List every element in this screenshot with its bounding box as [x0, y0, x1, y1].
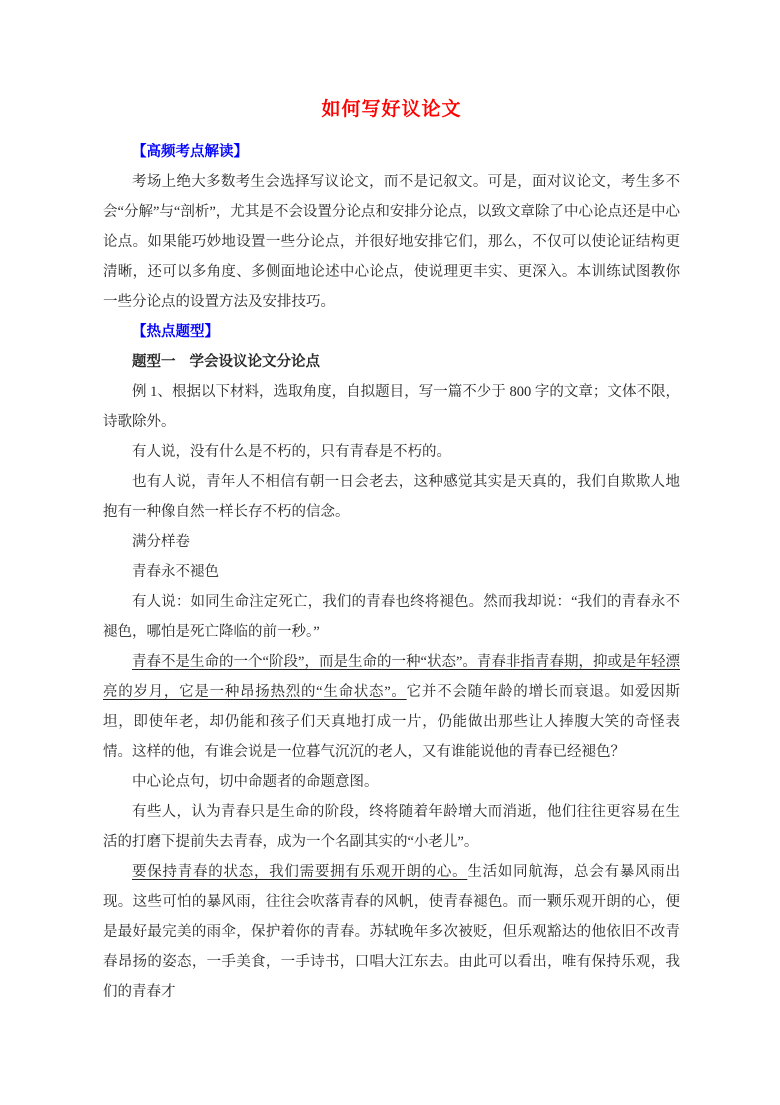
essay-paragraph-2: 青春不是生命的一个“阶段”，而是生命的一种“状态”。青春非指青春期，抑或是年轻漂…: [103, 647, 680, 767]
paragraph-material-1: 有人说，没有什么是不朽的，只有青春是不朽的。: [103, 437, 680, 467]
topic-label: 题型一: [132, 354, 176, 370]
paragraph-intro: 考场上绝大多数考生会选择写议论文，而不是记叙文。可是，面对议论文，考生多不会“分…: [103, 167, 680, 317]
essay-paragraph-4: 要保持青春的状态，我们需要拥有乐观开朗的心。生活如同航海，总会有暴风雨出现。这些…: [103, 857, 680, 1007]
essay-paragraph-3: 有些人，认为青春只是生命的阶段，终将随着年龄增大而消逝，他们往往更容易在生活的打…: [103, 797, 680, 857]
section-header-hot-topics: 【热点题型】: [103, 317, 680, 347]
sample-essay-title: 青春永不褪色: [103, 557, 680, 587]
document-page: 如何写好议论文 【高频考点解读】 考场上绝大多数考生会选择写议论文，而不是记叙文…: [0, 0, 780, 1105]
paragraph-example-prompt: 例 1、根据以下材料，选取角度，自拟题目，写一篇不少于 800 字的文章；文体不…: [103, 377, 680, 437]
section-header-exam-points: 【高频考点解读】: [103, 137, 680, 167]
topic-title: 学会设议论文分论点: [190, 354, 321, 370]
essay-paragraph-4-body: 生活如同航海，总会有暴风雨出现。这些可怕的暴风雨，往往会吹落青春的风帆，使青春褪…: [103, 864, 680, 1000]
paragraph-material-2: 也有人说，青年人不相信有朝一日会老去，这种感觉其实是天真的，我们自欺欺人地抱有一…: [103, 467, 680, 527]
comment-central-point: 中心论点句，切中命题者的命题意图。: [103, 767, 680, 797]
sample-essay-label: 满分样卷: [103, 527, 680, 557]
page-title: 如何写好议论文: [103, 96, 680, 124]
essay-paragraph-4-thesis-underlined: 要保持青春的状态，我们需要拥有乐观开朗的心。: [132, 864, 467, 880]
topic-heading: 题型一学会设议论文分论点: [103, 347, 680, 377]
essay-paragraph-1: 有人说：如同生命注定死亡，我们的青春也终将褪色。然而我却说：“我们的青春永不褪色…: [103, 587, 680, 647]
